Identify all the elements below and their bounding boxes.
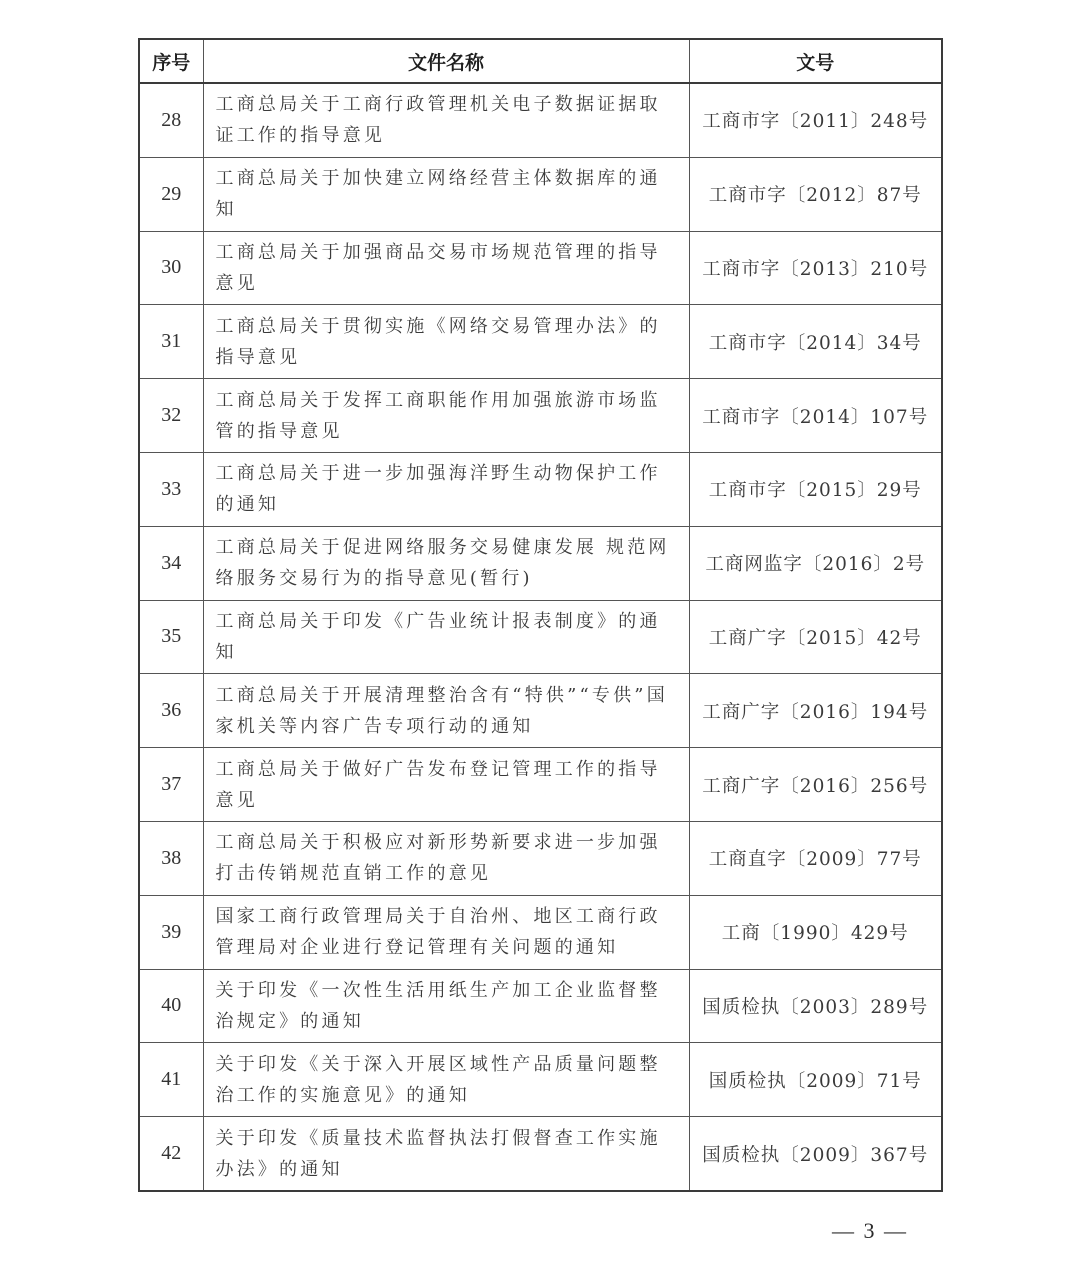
- document-name-cell: 工商总局关于工商行政管理机关电子数据证据取证工作的指导意见: [203, 83, 689, 157]
- table-row: 28 工商总局关于工商行政管理机关电子数据证据取证工作的指导意见 工商市字〔20…: [139, 83, 942, 157]
- document-name-cell: 关于印发《关于深入开展区域性产品质量问题整治工作的实施意见》的通知: [203, 1043, 689, 1117]
- header-document-reference: 文号: [689, 39, 942, 83]
- serial-number-cell: 34: [139, 526, 203, 600]
- table-row: 33 工商总局关于进一步加强海洋野生动物保护工作的通知 工商市字〔2015〕29…: [139, 452, 942, 526]
- header-serial-number: 序号: [139, 39, 203, 83]
- document-name-cell: 工商总局关于促进网络服务交易健康发展 规范网络服务交易行为的指导意见(暂行): [203, 526, 689, 600]
- serial-number-cell: 28: [139, 83, 203, 157]
- table-row: 40 关于印发《一次性生活用纸生产加工企业监督整治规定》的通知 国质检执〔200…: [139, 969, 942, 1043]
- serial-number-cell: 37: [139, 748, 203, 822]
- document-reference-cell: 工商直字〔2009〕77号: [689, 821, 942, 895]
- document-name-cell: 工商总局关于加强商品交易市场规范管理的指导意见: [203, 231, 689, 305]
- document-name-cell: 工商总局关于进一步加强海洋野生动物保护工作的通知: [203, 452, 689, 526]
- serial-number-cell: 35: [139, 600, 203, 674]
- document-reference-cell: 工商市字〔2011〕248号: [689, 83, 942, 157]
- table-row: 41 关于印发《关于深入开展区域性产品质量问题整治工作的实施意见》的通知 国质检…: [139, 1043, 942, 1117]
- table-row: 42 关于印发《质量技术监督执法打假督查工作实施办法》的通知 国质检执〔2009…: [139, 1117, 942, 1191]
- document-name-cell: 国家工商行政管理局关于自治州、地区工商行政管理局对企业进行登记管理有关问题的通知: [203, 895, 689, 969]
- document-reference-cell: 工商广字〔2016〕194号: [689, 674, 942, 748]
- serial-number-cell: 33: [139, 452, 203, 526]
- document-list-table: 序号 文件名称 文号 28 工商总局关于工商行政管理机关电子数据证据取证工作的指…: [138, 38, 943, 1192]
- table-row: 37 工商总局关于做好广告发布登记管理工作的指导意见 工商广字〔2016〕256…: [139, 748, 942, 822]
- document-reference-cell: 工商市字〔2014〕34号: [689, 305, 942, 379]
- table-row: 31 工商总局关于贯彻实施《网络交易管理办法》的指导意见 工商市字〔2014〕3…: [139, 305, 942, 379]
- document-name-cell: 工商总局关于积极应对新形势新要求进一步加强打击传销规范直销工作的意见: [203, 821, 689, 895]
- document-reference-cell: 国质检执〔2009〕367号: [689, 1117, 942, 1191]
- serial-number-cell: 38: [139, 821, 203, 895]
- table-row: 35 工商总局关于印发《广告业统计报表制度》的通知 工商广字〔2015〕42号: [139, 600, 942, 674]
- table-row: 30 工商总局关于加强商品交易市场规范管理的指导意见 工商市字〔2013〕210…: [139, 231, 942, 305]
- serial-number-cell: 31: [139, 305, 203, 379]
- document-reference-cell: 工商市字〔2014〕107号: [689, 379, 942, 453]
- document-name-cell: 关于印发《质量技术监督执法打假督查工作实施办法》的通知: [203, 1117, 689, 1191]
- serial-number-cell: 29: [139, 157, 203, 231]
- page-number: — 3 —: [832, 1218, 908, 1244]
- document-reference-cell: 工商网监字〔2016〕2号: [689, 526, 942, 600]
- document-name-cell: 工商总局关于做好广告发布登记管理工作的指导意见: [203, 748, 689, 822]
- document-reference-cell: 工商广字〔2016〕256号: [689, 748, 942, 822]
- document-name-cell: 工商总局关于加快建立网络经营主体数据库的通知: [203, 157, 689, 231]
- document-reference-cell: 工商市字〔2013〕210号: [689, 231, 942, 305]
- document-name-cell: 关于印发《一次性生活用纸生产加工企业监督整治规定》的通知: [203, 969, 689, 1043]
- table-row: 39 国家工商行政管理局关于自治州、地区工商行政管理局对企业进行登记管理有关问题…: [139, 895, 942, 969]
- table-row: 34 工商总局关于促进网络服务交易健康发展 规范网络服务交易行为的指导意见(暂行…: [139, 526, 942, 600]
- document-reference-cell: 工商市字〔2012〕87号: [689, 157, 942, 231]
- document-reference-cell: 国质检执〔2009〕71号: [689, 1043, 942, 1117]
- document-reference-cell: 工商广字〔2015〕42号: [689, 600, 942, 674]
- table-header-row: 序号 文件名称 文号: [139, 39, 942, 83]
- serial-number-cell: 32: [139, 379, 203, 453]
- document-reference-cell: 工商〔1990〕429号: [689, 895, 942, 969]
- document-reference-cell: 国质检执〔2003〕289号: [689, 969, 942, 1043]
- document-reference-cell: 工商市字〔2015〕29号: [689, 452, 942, 526]
- serial-number-cell: 42: [139, 1117, 203, 1191]
- header-document-name: 文件名称: [203, 39, 689, 83]
- serial-number-cell: 36: [139, 674, 203, 748]
- table-row: 32 工商总局关于发挥工商职能作用加强旅游市场监管的指导意见 工商市字〔2014…: [139, 379, 942, 453]
- table-row: 38 工商总局关于积极应对新形势新要求进一步加强打击传销规范直销工作的意见 工商…: [139, 821, 942, 895]
- document-name-cell: 工商总局关于贯彻实施《网络交易管理办法》的指导意见: [203, 305, 689, 379]
- document-name-cell: 工商总局关于发挥工商职能作用加强旅游市场监管的指导意见: [203, 379, 689, 453]
- document-name-cell: 工商总局关于印发《广告业统计报表制度》的通知: [203, 600, 689, 674]
- document-name-cell: 工商总局关于开展清理整治含有“特供”“专供”国家机关等内容广告专项行动的通知: [203, 674, 689, 748]
- table-row: 36 工商总局关于开展清理整治含有“特供”“专供”国家机关等内容广告专项行动的通…: [139, 674, 942, 748]
- serial-number-cell: 30: [139, 231, 203, 305]
- table-row: 29 工商总局关于加快建立网络经营主体数据库的通知 工商市字〔2012〕87号: [139, 157, 942, 231]
- serial-number-cell: 40: [139, 969, 203, 1043]
- serial-number-cell: 41: [139, 1043, 203, 1117]
- serial-number-cell: 39: [139, 895, 203, 969]
